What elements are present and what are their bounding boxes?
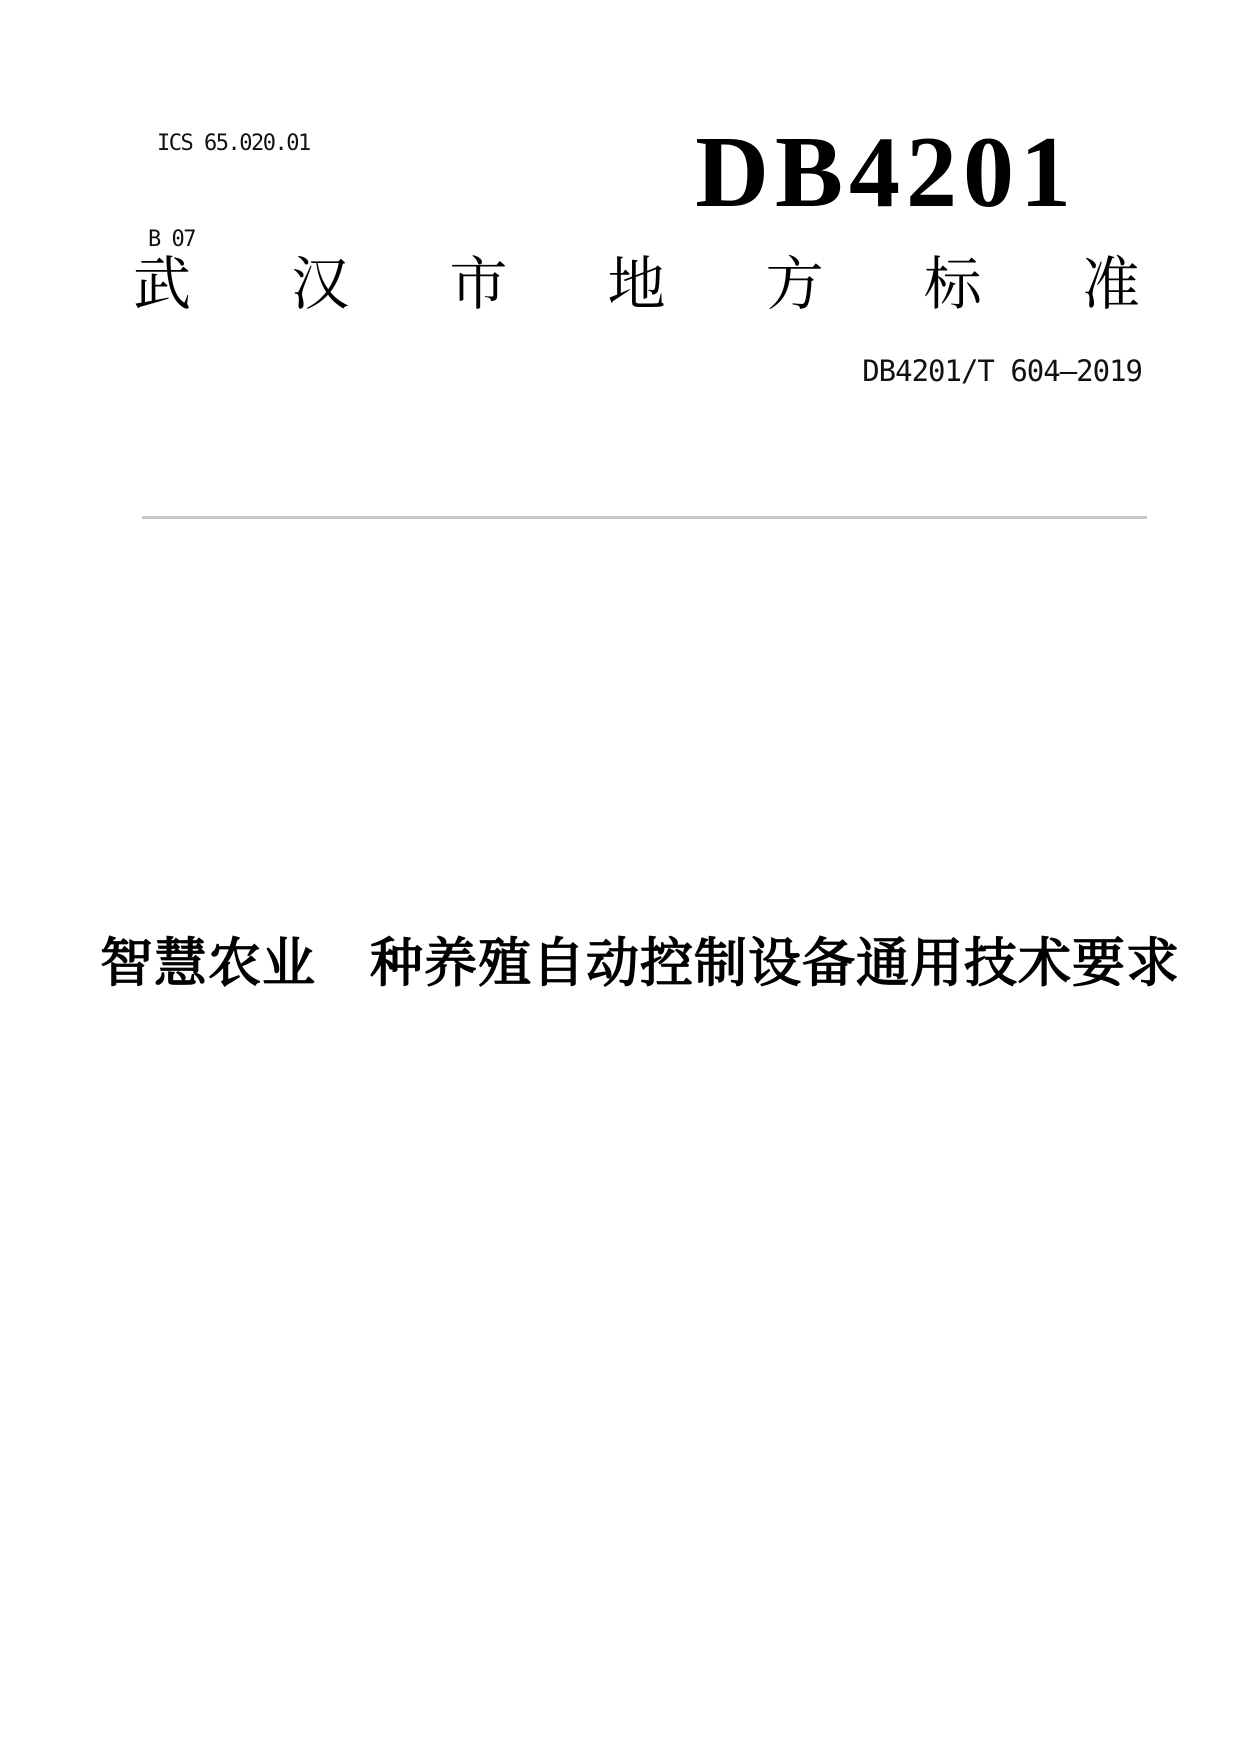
standard-name-row: 武 汉 市 地 方 标 准 [133, 252, 1140, 319]
standard-cover-page: ICS 65.020.01 B 07 DB4201 武 汉 市 地 方 标 准 … [0, 0, 1240, 1754]
document-title: 智慧农业 种养殖自动控制设备通用技术要求 [20, 932, 1240, 996]
header-divider-rule [142, 516, 1147, 519]
standard-name-char: 地 [607, 252, 665, 319]
standard-name-char: 标 [924, 252, 982, 319]
standard-name-char: 准 [1082, 252, 1140, 319]
standard-name-char: 武 [133, 252, 191, 319]
standard-number: DB4201/T 604—2019 [862, 354, 1142, 388]
standard-name-char: 方 [766, 252, 824, 319]
standard-code-logo: DB4201 [695, 122, 1077, 224]
standard-name-char: 汉 [291, 252, 349, 319]
ics-code: ICS 65.020.01 [148, 128, 310, 160]
standard-name-char: 市 [449, 252, 507, 319]
